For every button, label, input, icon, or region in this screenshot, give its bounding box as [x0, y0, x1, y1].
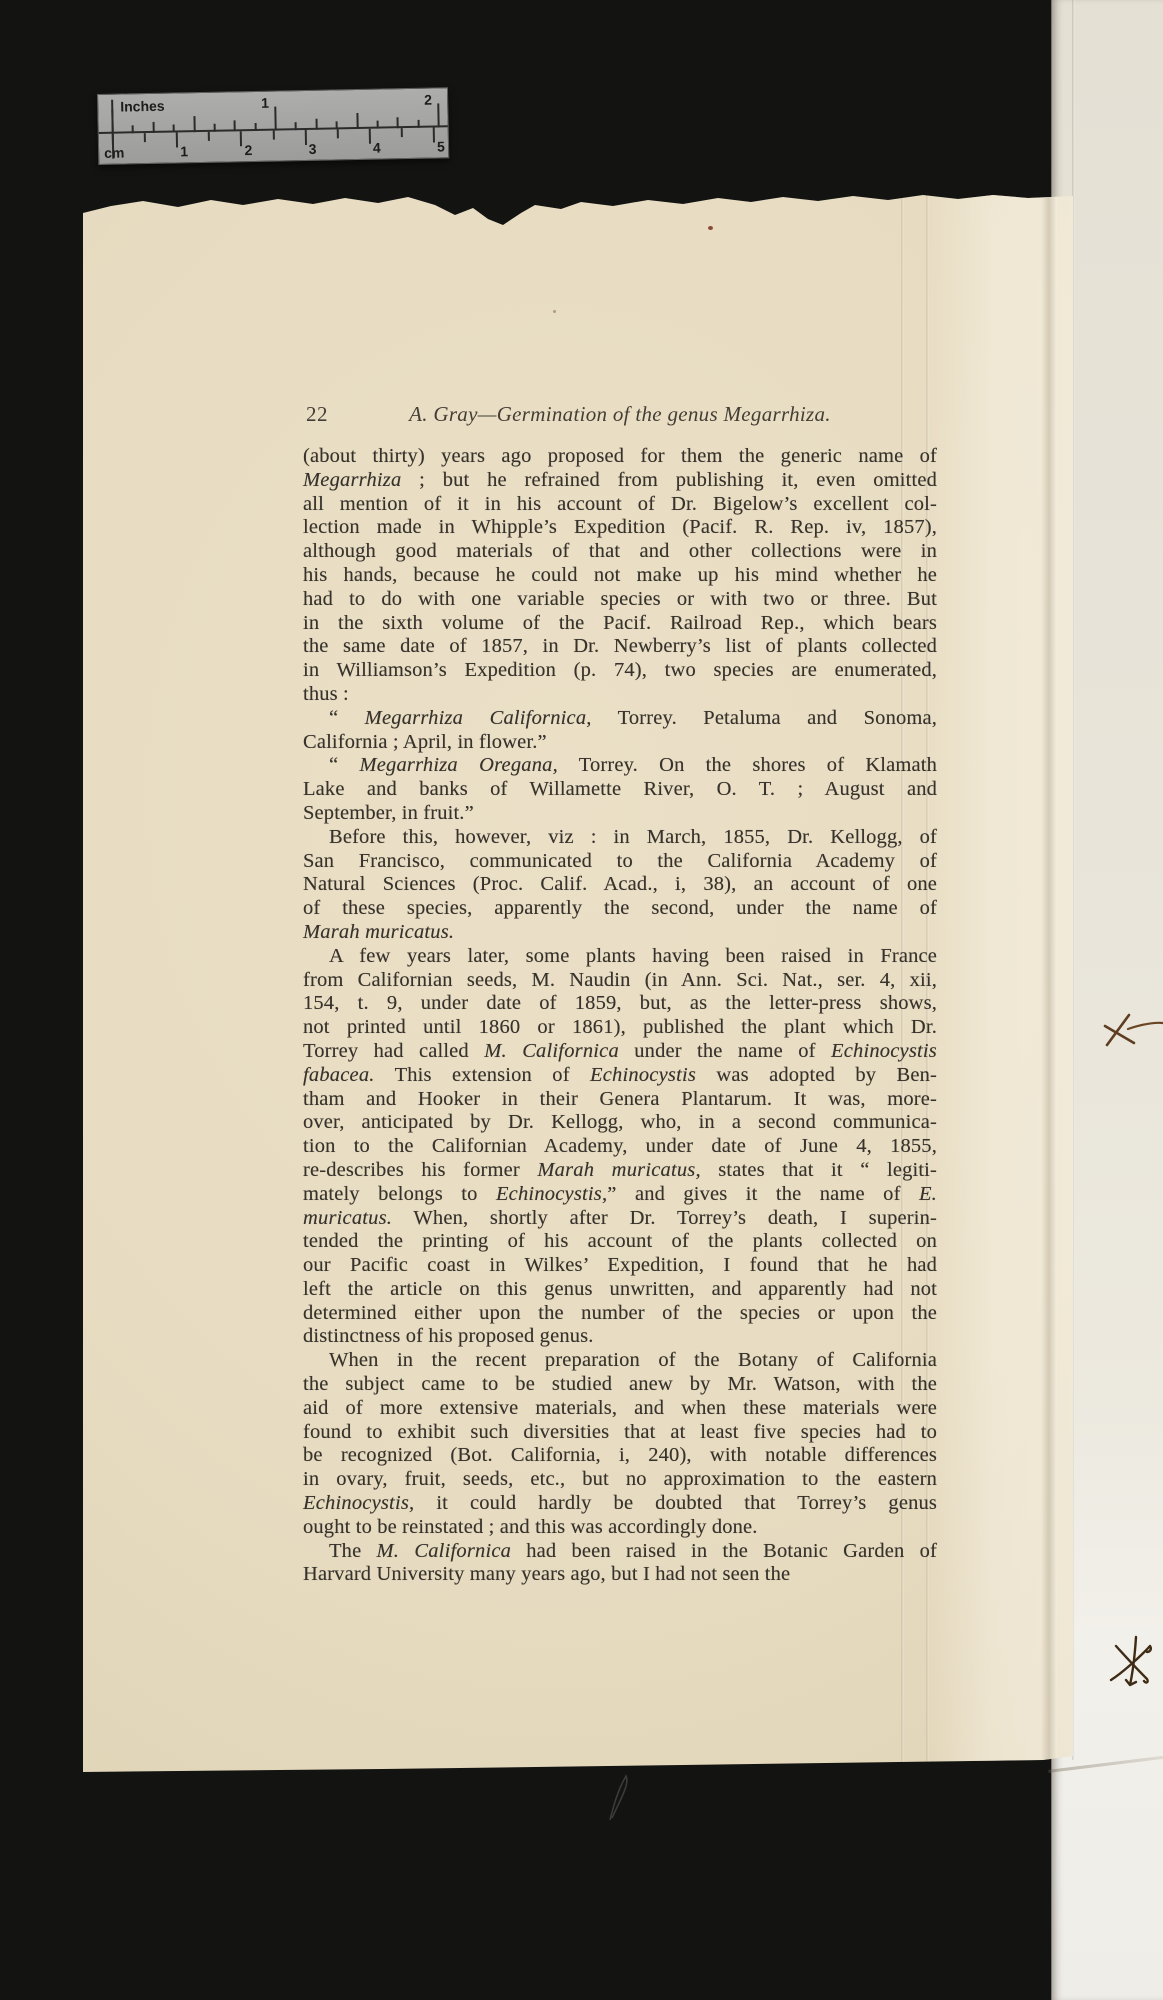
text-line: found to exhibit such diversities that a…	[303, 1421, 937, 1445]
text-line: be recognized (Bot. California, i, 240),…	[303, 1444, 937, 1468]
ruler-inch-tick	[295, 122, 297, 130]
text-line: had to do with one variable species or w…	[303, 588, 937, 612]
ruler-inch-tick	[173, 125, 175, 133]
text-line: from Californian seeds, M. Naudin (in An…	[303, 969, 937, 993]
paper-speck	[708, 226, 713, 230]
text-line: re-describes his former Marah muricatus,…	[303, 1159, 937, 1183]
text-line: “ Megarrhiza Oregana, Torrey. On the sho…	[303, 754, 937, 778]
text-line: ought to be reinstated ; and this was ac…	[303, 1516, 937, 1540]
text-line: Natural Sciences (Proc. Calif. Acad., i,…	[303, 873, 937, 897]
ruler-inch-number: 2	[424, 92, 432, 108]
text-line: “ Megarrhiza Californica, Torrey. Petalu…	[303, 707, 937, 731]
ruler-inch-tick	[376, 121, 378, 129]
paragraph: The M. Californica had been raised in th…	[303, 1540, 937, 1588]
ruler-inch-tick	[315, 119, 317, 130]
handwritten-asterisk-mark	[1106, 1633, 1152, 1689]
text-line: Before this, however, viz : in March, 18…	[303, 826, 937, 850]
text-line: tham and Hooker in their Genera Plantaru…	[303, 1088, 937, 1112]
ruler-inch-tick	[336, 121, 338, 129]
text-line: aid of more extensive materials, and whe…	[303, 1397, 937, 1421]
ruler-inch-tick	[254, 123, 256, 131]
ruler-cm-tick	[401, 128, 403, 137]
text-line: Megarrhiza ; but he refrained from publi…	[303, 469, 937, 493]
paragraph: Before this, however, viz : in March, 18…	[303, 826, 937, 945]
text-line: although good materials of that and othe…	[303, 540, 937, 564]
ruler-inch-tick	[132, 125, 134, 133]
text-line: Marah muricatus.	[303, 921, 937, 945]
ruler-inch-tick	[356, 113, 358, 129]
text-line: the subject came to be studied anew by M…	[303, 1373, 937, 1397]
text-line: left the article on this genus unwritten…	[303, 1278, 937, 1302]
photo-canvas: 22 A. Gray—Germination of the genus Mega…	[0, 0, 1163, 2000]
page-number: 22	[306, 402, 328, 427]
text-line: Echinocystis, it could hardly be doubted…	[303, 1492, 937, 1516]
text-line: in the sixth volume of the Pacif. Railro…	[303, 612, 937, 636]
running-header: A. Gray—Germination of the genus Megarrh…	[303, 402, 937, 427]
text-line: When in the recent preparation of the Bo…	[303, 1349, 937, 1373]
text-line: the same date of 1857, in Dr. Newberry’s…	[303, 635, 937, 659]
ruler-cm-label: cm	[104, 144, 125, 160]
text-line: The M. Californica had been raised in th…	[303, 1540, 937, 1564]
text-line: lection made in Whipple’s Expedition (Pa…	[303, 516, 937, 540]
paragraph: “ Megarrhiza Oregana, Torrey. On the sho…	[303, 754, 937, 825]
ruler-inch-tick	[274, 107, 276, 131]
paragraph: A few years later, some plants having be…	[303, 945, 937, 1350]
ruler-inch-tick	[437, 103, 439, 127]
ruler-cm-tick	[369, 129, 371, 144]
text-line: of these species, apparently the second,…	[303, 897, 937, 921]
document-page: 22 A. Gray—Germination of the genus Mega…	[83, 193, 1073, 1775]
body-text: (about thirty) years ago proposed for th…	[303, 445, 937, 1587]
text-line: distinctness of his proposed genus.	[303, 1325, 937, 1349]
paper-speck	[553, 310, 556, 313]
text-line: tion to the Californian Academy, under d…	[303, 1135, 937, 1159]
text-line: in ovary, fruit, seeds, etc., but no app…	[303, 1468, 937, 1492]
ruler: Inches cm 1212345	[97, 87, 449, 165]
text-line: muricatus. When, shortly after Dr. Torre…	[303, 1207, 937, 1231]
ruler-inch-tick	[193, 116, 195, 132]
ruler-cm-tick	[272, 131, 274, 140]
ruler-inch-tick	[213, 124, 215, 132]
text-line: Harvard University many years ago, but I…	[303, 1563, 937, 1587]
text-line: September, in fruit.”	[303, 802, 937, 826]
text-line: determined either upon the number of the…	[303, 1302, 937, 1326]
ruler-cm-number: 5	[437, 138, 445, 154]
ruler-cm-number: 3	[309, 141, 317, 157]
pencil-squiggle-mark	[598, 1770, 642, 1822]
ruler-cm-tick	[240, 131, 242, 146]
ruler-inch-number: 1	[261, 95, 269, 111]
paragraph: “ Megarrhiza Californica, Torrey. Petalu…	[303, 707, 937, 755]
text-line: (about thirty) years ago proposed for th…	[303, 445, 937, 469]
ruler-inch-tick	[234, 120, 236, 131]
text-line: San Francisco, communicated to the Calif…	[303, 850, 937, 874]
ruler-cm-tick	[144, 133, 146, 142]
text-line: his hands, because he could not make up …	[303, 564, 937, 588]
text-line: thus :	[303, 683, 937, 707]
ruler-cm-tick	[208, 132, 210, 141]
handwritten-x-mark	[1098, 1010, 1163, 1058]
text-line: all mention of it in his account of Dr. …	[303, 493, 937, 517]
text-line: over, anticipated by Dr. Kellogg, who, i…	[303, 1111, 937, 1135]
ruler-cm-tick	[176, 132, 178, 147]
text-line: 154, t. 9, under date of 1859, but, as t…	[303, 992, 937, 1016]
ruler-cm-number: 4	[373, 140, 381, 156]
ruler-inch-tick	[111, 110, 113, 134]
ruler-inch-tick	[152, 122, 154, 133]
ruler-cm-tick	[112, 134, 114, 149]
ruler-cm-tick	[304, 130, 306, 145]
text-line: in Williamson’s Expedition (p. 74), two …	[303, 659, 937, 683]
paragraph: When in the recent preparation of the Bo…	[303, 1349, 937, 1539]
ruler-cm-number: 1	[180, 143, 188, 159]
text-line: Torrey had called M. Californica under t…	[303, 1040, 937, 1064]
ruler-cm-tick	[433, 128, 435, 143]
text-line: tended the printing of his account of th…	[303, 1230, 937, 1254]
text-line: not printed until 1860 or 1861), publish…	[303, 1016, 937, 1040]
text-line: California ; April, in flower.”	[303, 731, 937, 755]
paragraph: (about thirty) years ago proposed for th…	[303, 445, 937, 707]
text-line: A few years later, some plants having be…	[303, 945, 937, 969]
page-header: 22 A. Gray—Germination of the genus Mega…	[303, 402, 937, 430]
text-line: mately belongs to Echinocystis,” and giv…	[303, 1183, 937, 1207]
ruler-inches-label: Inches	[120, 98, 165, 115]
ruler-cm-tick	[336, 129, 338, 138]
ruler-inch-tick	[397, 117, 399, 128]
page-crease-shadow	[1041, 193, 1057, 1775]
ruler-inch-tick	[417, 120, 419, 128]
ruler-cm-number: 2	[244, 142, 252, 158]
text-line: fabacea. This extension of Echinocystis …	[303, 1064, 937, 1088]
text-line: our Pacific coast in Wilkes’ Expedition,…	[303, 1254, 937, 1278]
text-line: Lake and banks of Willamette River, O. T…	[303, 778, 937, 802]
